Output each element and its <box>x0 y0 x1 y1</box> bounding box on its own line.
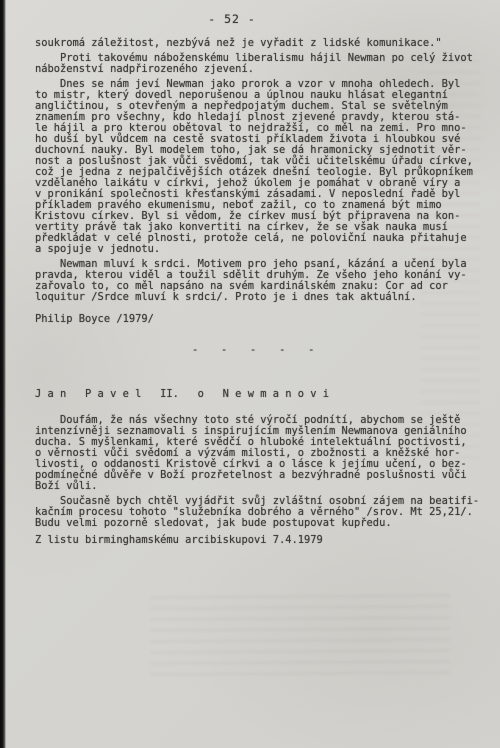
source-note: Z listu birminghamskému arcibiskupovi 7.… <box>35 535 487 546</box>
scanned-document-page: - 52 - soukromá záležitost, nezbývá než … <box>0 0 500 748</box>
paragraph: Doufám, že nás všechny toto sté výročí p… <box>35 415 487 492</box>
document-body: soukromá záležitost, nezbývá než je vyřa… <box>35 38 487 546</box>
paragraph: Dnes se nám jeví Newman jako prorok a vz… <box>35 79 487 255</box>
section-separator: - - - - - <box>35 345 487 356</box>
paragraph-continuation: soukromá záležitost, nezbývá než je vyřa… <box>35 38 487 49</box>
paragraph: Newman mluví k srdci. Motivem pro jeho p… <box>35 259 487 303</box>
reverse-side-ghosting <box>150 594 451 676</box>
scan-edge-shadow <box>0 0 6 748</box>
author-signature: Philip Boyce /1979/ <box>35 314 487 325</box>
paragraph: Proti takovému náboženskému liberalismu … <box>35 53 487 75</box>
paragraph: Současně bych chtěl vyjádřit svůj zvlášt… <box>35 496 487 529</box>
page-number: - 52 - <box>0 12 464 26</box>
section-heading: J a n P a v e l II. o N e w m a n o v i <box>35 389 487 400</box>
